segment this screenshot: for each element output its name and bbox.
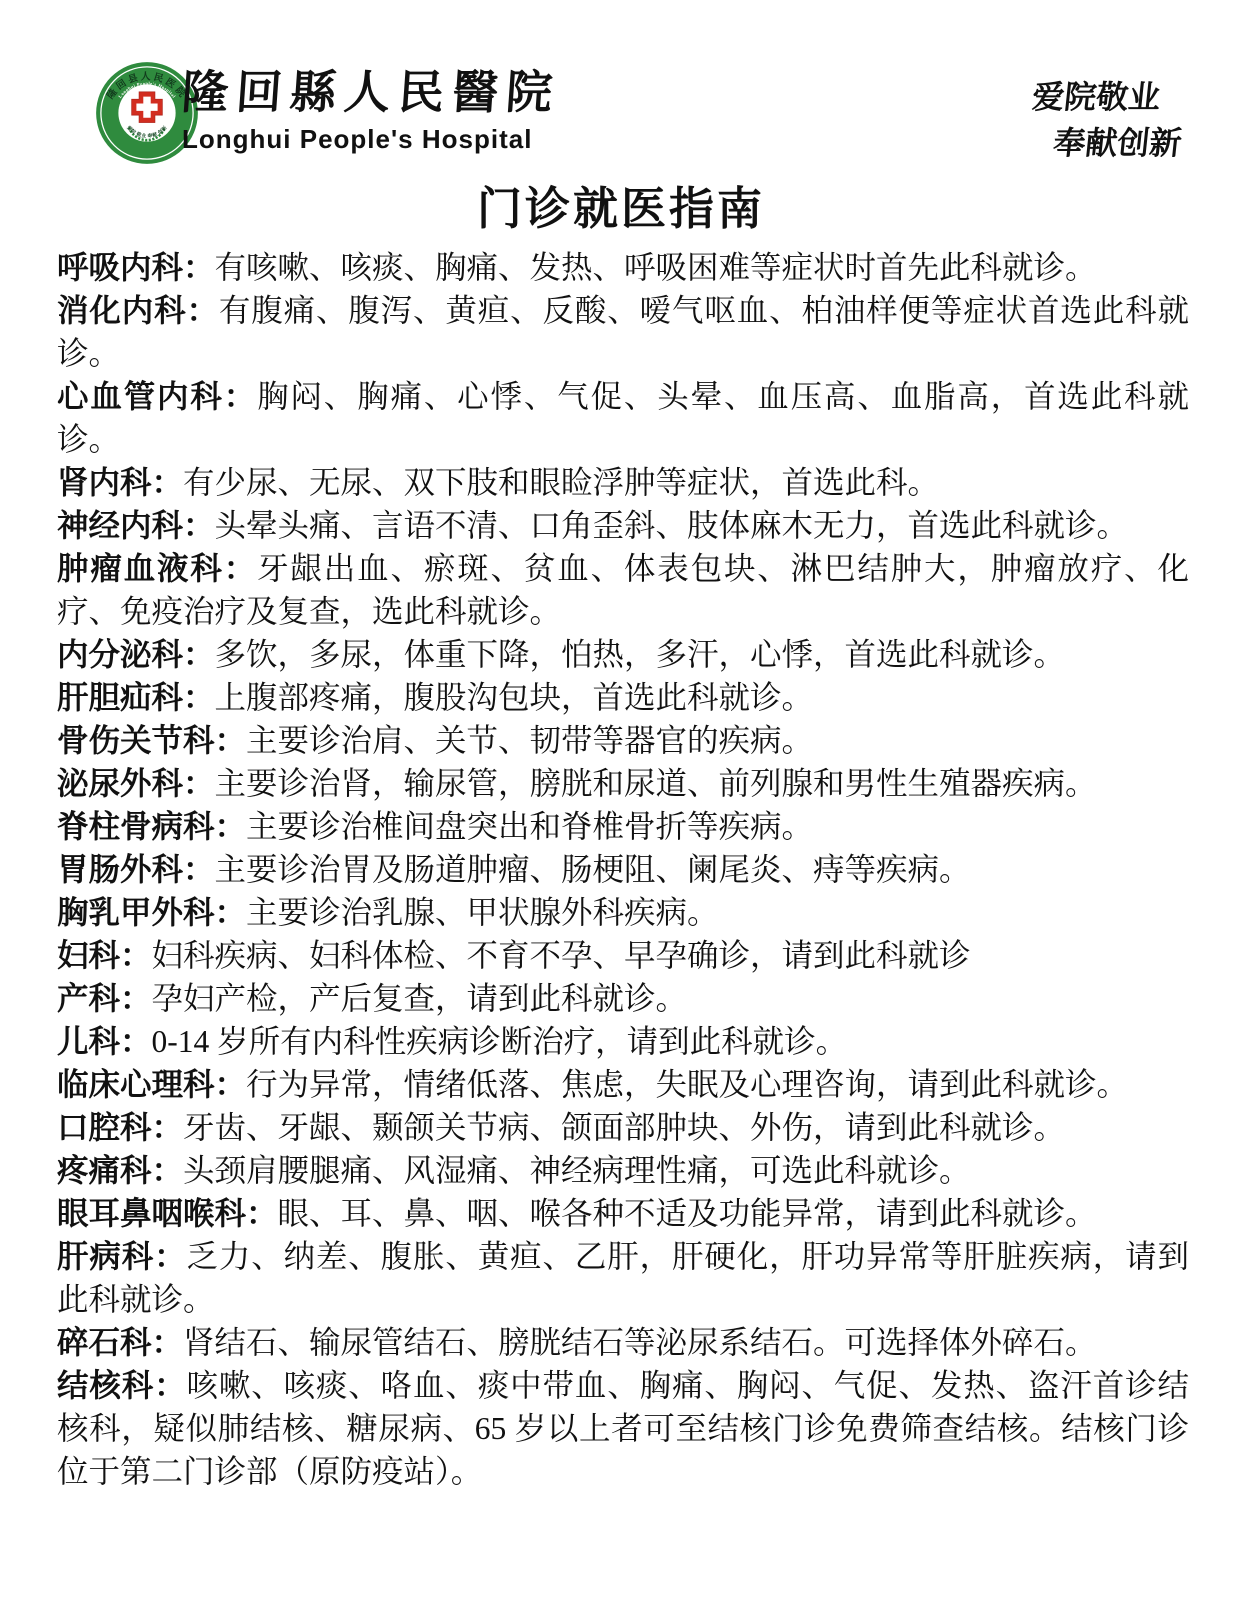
department-desc: 主要诊治肾，输尿管，膀胱和尿道、前列腺和男性生殖器疾病。 <box>215 766 1097 801</box>
department-entry: 产科：孕妇产检，产后复查，请到此科就诊。 <box>57 977 1189 1020</box>
department-name: 胃肠外科： <box>57 851 215 887</box>
department-desc: 上腹部疼痛，腹股沟包块，首选此科就诊。 <box>215 680 814 715</box>
department-desc: 眼、耳、鼻、咽、喉各种不适及功能异常，请到此科就诊。 <box>278 1196 1097 1231</box>
department-name: 骨伤关节科： <box>57 722 246 758</box>
department-name: 肿瘤血液科： <box>57 550 257 586</box>
department-desc: 有少尿、无尿、双下肢和眼睑浮肿等症状，首选此科。 <box>183 465 939 500</box>
department-name: 眼耳鼻咽喉科： <box>57 1195 278 1231</box>
department-entry: 心血管内科：胸闷、胸痛、心悸、气促、头晕、血压高、血脂高，首选此科就诊。 <box>57 375 1189 461</box>
department-entry: 消化内科：有腹痛、腹泻、黄疸、反酸、嗳气呕血、柏油样便等症状首选此科就诊。 <box>57 289 1189 375</box>
department-entry: 肝胆疝科：上腹部疼痛，腹股沟包块，首选此科就诊。 <box>57 676 1189 719</box>
department-name: 肝胆疝科： <box>57 679 215 715</box>
department-entry: 内分泌科：多饮，多尿，体重下降，怕热，多汗，心悸，首选此科就诊。 <box>57 633 1189 676</box>
department-desc: 肾结石、输尿管结石、膀胱结石等泌尿系结石。可选择体外碎石。 <box>183 1325 1097 1360</box>
department-name: 口腔科： <box>57 1109 183 1145</box>
department-name: 内分泌科： <box>57 636 215 672</box>
department-entry: 呼吸内科：有咳嗽、咳痰、胸痛、发热、呼吸困难等症状时首先此科就诊。 <box>57 246 1189 289</box>
department-name: 结核科： <box>57 1367 186 1403</box>
department-entry: 儿科：0-14 岁所有内科性疾病诊断治疗，请到此科就诊。 <box>57 1020 1189 1063</box>
brand-names: 隆回縣人民醫院 Longhui People's Hospital <box>182 66 560 156</box>
department-desc: 头晕头痛、言语不清、口角歪斜、肢体麻木无力，首选此科就诊。 <box>215 508 1129 543</box>
department-desc: 牙齿、牙龈、颞颌关节病、颌面部肿块、外伤，请到此科就诊。 <box>183 1110 1065 1145</box>
department-desc: 妇科疾病、妇科体检、不育不孕、早孕确诊，请到此科就诊 <box>152 938 971 973</box>
department-list: 呼吸内科：有咳嗽、咳痰、胸痛、发热、呼吸困难等症状时首先此科就诊。 消化内科：有… <box>57 246 1189 1493</box>
motto-line-1: 爱院敬业 <box>1030 74 1189 120</box>
department-name: 临床心理科： <box>57 1066 246 1102</box>
department-entry: 胃肠外科：主要诊治胃及肠道肿瘤、肠梗阻、阑尾炎、痔等疾病。 <box>57 848 1189 891</box>
department-desc: 多饮，多尿，体重下降，怕热，多汗，心悸，首选此科就诊。 <box>215 637 1066 672</box>
department-entry: 碎石科：肾结石、输尿管结石、膀胱结石等泌尿系结石。可选择体外碎石。 <box>57 1321 1189 1364</box>
hospital-motto: 爱院敬业 奉献创新 <box>1025 74 1189 166</box>
department-name: 心血管内科： <box>57 378 257 414</box>
department-desc: 孕妇产检，产后复查，请到此科就诊。 <box>152 981 688 1016</box>
department-entry: 肝病科：乏力、纳差、腹胀、黄疸、乙肝，肝硬化，肝功异常等肝脏疾病，请到此科就诊。 <box>57 1235 1189 1321</box>
department-entry: 骨伤关节科：主要诊治肩、关节、韧带等器官的疾病。 <box>57 719 1189 762</box>
department-name: 产科： <box>57 980 152 1016</box>
department-desc: 有咳嗽、咳痰、胸痛、发热、呼吸困难等症状时首先此科就诊。 <box>215 250 1097 285</box>
department-entry: 眼耳鼻咽喉科：眼、耳、鼻、咽、喉各种不适及功能异常，请到此科就诊。 <box>57 1192 1189 1235</box>
department-name: 肾内科： <box>57 464 183 500</box>
department-entry: 肿瘤血液科：牙龈出血、瘀斑、贫血、体表包块、淋巴结肿大，肿瘤放疗、化疗、免疫治疗… <box>57 547 1189 633</box>
department-entry: 疼痛科：头颈肩腰腿痛、风湿痛、神经病理性痛，可选此科就诊。 <box>57 1149 1189 1192</box>
motto-line-2: 奉献创新 <box>1051 120 1184 166</box>
department-name: 泌尿外科： <box>57 765 215 801</box>
department-desc: 头颈肩腰腿痛、风湿痛、神经病理性痛，可选此科就诊。 <box>183 1153 971 1188</box>
document-page: 隆回县人民医院 Longhui People's Hospital 爱院 敬业 … <box>0 0 1242 1598</box>
department-name: 脊柱骨病科： <box>57 808 246 844</box>
department-desc: 主要诊治乳腺、甲状腺外科疾病。 <box>246 895 719 930</box>
department-desc: 有腹痛、腹泻、黄疸、反酸、嗳气呕血、柏油样便等症状首选此科就诊。 <box>57 293 1189 371</box>
department-desc: 行为异常，情绪低落、焦虑，失眠及心理咨询，请到此科就诊。 <box>246 1067 1128 1102</box>
department-name: 消化内科： <box>57 292 219 328</box>
department-name: 神经内科： <box>57 507 215 543</box>
department-desc: 咳嗽、咳痰、咯血、痰中带血、胸痛、胸闷、气促、发热、盗汗首诊结核科，疑似肺结核、… <box>57 1368 1189 1489</box>
department-desc: 主要诊治肩、关节、韧带等器官的疾病。 <box>246 723 813 758</box>
department-name: 儿科： <box>57 1023 152 1059</box>
department-entry: 妇科：妇科疾病、妇科体检、不育不孕、早孕确诊，请到此科就诊 <box>57 934 1189 977</box>
hospital-name-en: Longhui People's Hospital <box>182 122 560 156</box>
department-entry: 结核科：咳嗽、咳痰、咯血、痰中带血、胸痛、胸闷、气促、发热、盗汗首诊结核科，疑似… <box>57 1364 1189 1493</box>
department-entry: 临床心理科：行为异常，情绪低落、焦虑，失眠及心理咨询，请到此科就诊。 <box>57 1063 1189 1106</box>
department-desc: 主要诊治椎间盘突出和脊椎骨折等疾病。 <box>246 809 813 844</box>
department-name: 碎石科： <box>57 1324 183 1360</box>
department-name: 呼吸内科： <box>57 249 215 285</box>
department-entry: 脊柱骨病科：主要诊治椎间盘突出和脊椎骨折等疾病。 <box>57 805 1189 848</box>
department-desc: 主要诊治胃及肠道肿瘤、肠梗阻、阑尾炎、痔等疾病。 <box>215 852 971 887</box>
department-entry: 口腔科：牙齿、牙龈、颞颌关节病、颌面部肿块、外伤，请到此科就诊。 <box>57 1106 1189 1149</box>
department-name: 肝病科： <box>57 1238 186 1274</box>
department-name: 胸乳甲外科： <box>57 894 246 930</box>
page-title: 门诊就医指南 <box>0 172 1242 237</box>
department-name: 妇科： <box>57 937 152 973</box>
department-desc: 乏力、纳差、腹胀、黄疸、乙肝，肝硬化，肝功异常等肝脏疾病，请到此科就诊。 <box>57 1239 1189 1317</box>
department-entry: 泌尿外科：主要诊治肾，输尿管，膀胱和尿道、前列腺和男性生殖器疾病。 <box>57 762 1189 805</box>
department-name: 疼痛科： <box>57 1152 183 1188</box>
department-desc: 0-14 岁所有内科性疾病诊断治疗，请到此科就诊。 <box>152 1024 848 1059</box>
hospital-name-zh: 隆回縣人民醫院 <box>180 66 562 120</box>
department-entry: 胸乳甲外科：主要诊治乳腺、甲状腺外科疾病。 <box>57 891 1189 934</box>
department-entry: 肾内科：有少尿、无尿、双下肢和眼睑浮肿等症状，首选此科。 <box>57 461 1189 504</box>
department-entry: 神经内科：头晕头痛、言语不清、口角歪斜、肢体麻木无力，首选此科就诊。 <box>57 504 1189 547</box>
